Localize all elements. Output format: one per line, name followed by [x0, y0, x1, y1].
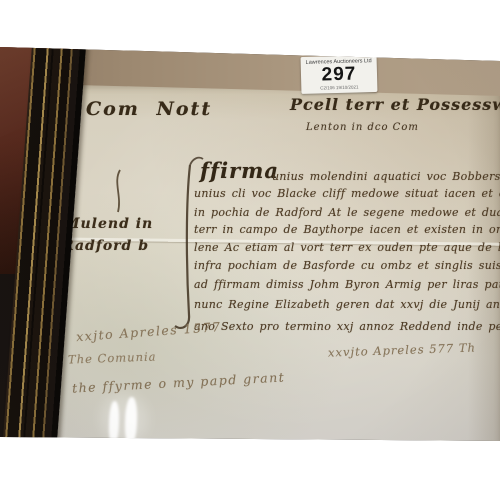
- body-line-9: ano Sexto pro termino xxj annoz Reddend …: [194, 320, 500, 333]
- auction-photo-framed-manuscript: Com Nott Pcell terr et Possessw Lenton i…: [0, 0, 500, 500]
- body-line-1: unius molendini aquatici voc Bobbers mil…: [272, 170, 500, 183]
- glass-reflection-glow: [100, 394, 148, 444]
- body-line-4: terr in campo de Baythorpe iacen et exis…: [194, 223, 500, 236]
- body-line-8: nunc Regine Elizabeth geren dat xxvj die…: [194, 298, 500, 311]
- body-line-5: lene Ac etiam al vort terr ex ouden pte …: [194, 241, 500, 254]
- body-line-2: unius cli voc Blacke cliff medowe situat…: [194, 187, 500, 200]
- photo-scene: Com Nott Pcell terr et Possessw Lenton i…: [0, 0, 500, 500]
- body-line-6: infra pochiam de Basforde cu ombz et sin…: [194, 259, 500, 272]
- lot-barcode-text: C2/106 19/10/2021: [301, 84, 377, 91]
- lot-number: 297: [301, 64, 377, 86]
- body-line-3: in pochia de Radford At le segene medowe…: [194, 206, 500, 219]
- margin-note-line1: Mulend in: [64, 216, 153, 232]
- heading-parcel-subline: Lenton in dco Com: [306, 122, 419, 133]
- heading-county: Com Nott: [86, 98, 212, 120]
- body-initial-word: ffirma: [200, 158, 279, 183]
- margin-note-line2: Radford b: [62, 238, 149, 254]
- auction-lot-label: Lawrences Auctioneers Ltd 297 C2/106 19/…: [301, 55, 378, 94]
- glass-reflection-streak: [108, 401, 120, 445]
- heading-parcel: Pcell terr et Possessw: [290, 95, 500, 114]
- body-line-7: ad ffirmam dimiss Johm Byron Armig per l…: [194, 278, 500, 291]
